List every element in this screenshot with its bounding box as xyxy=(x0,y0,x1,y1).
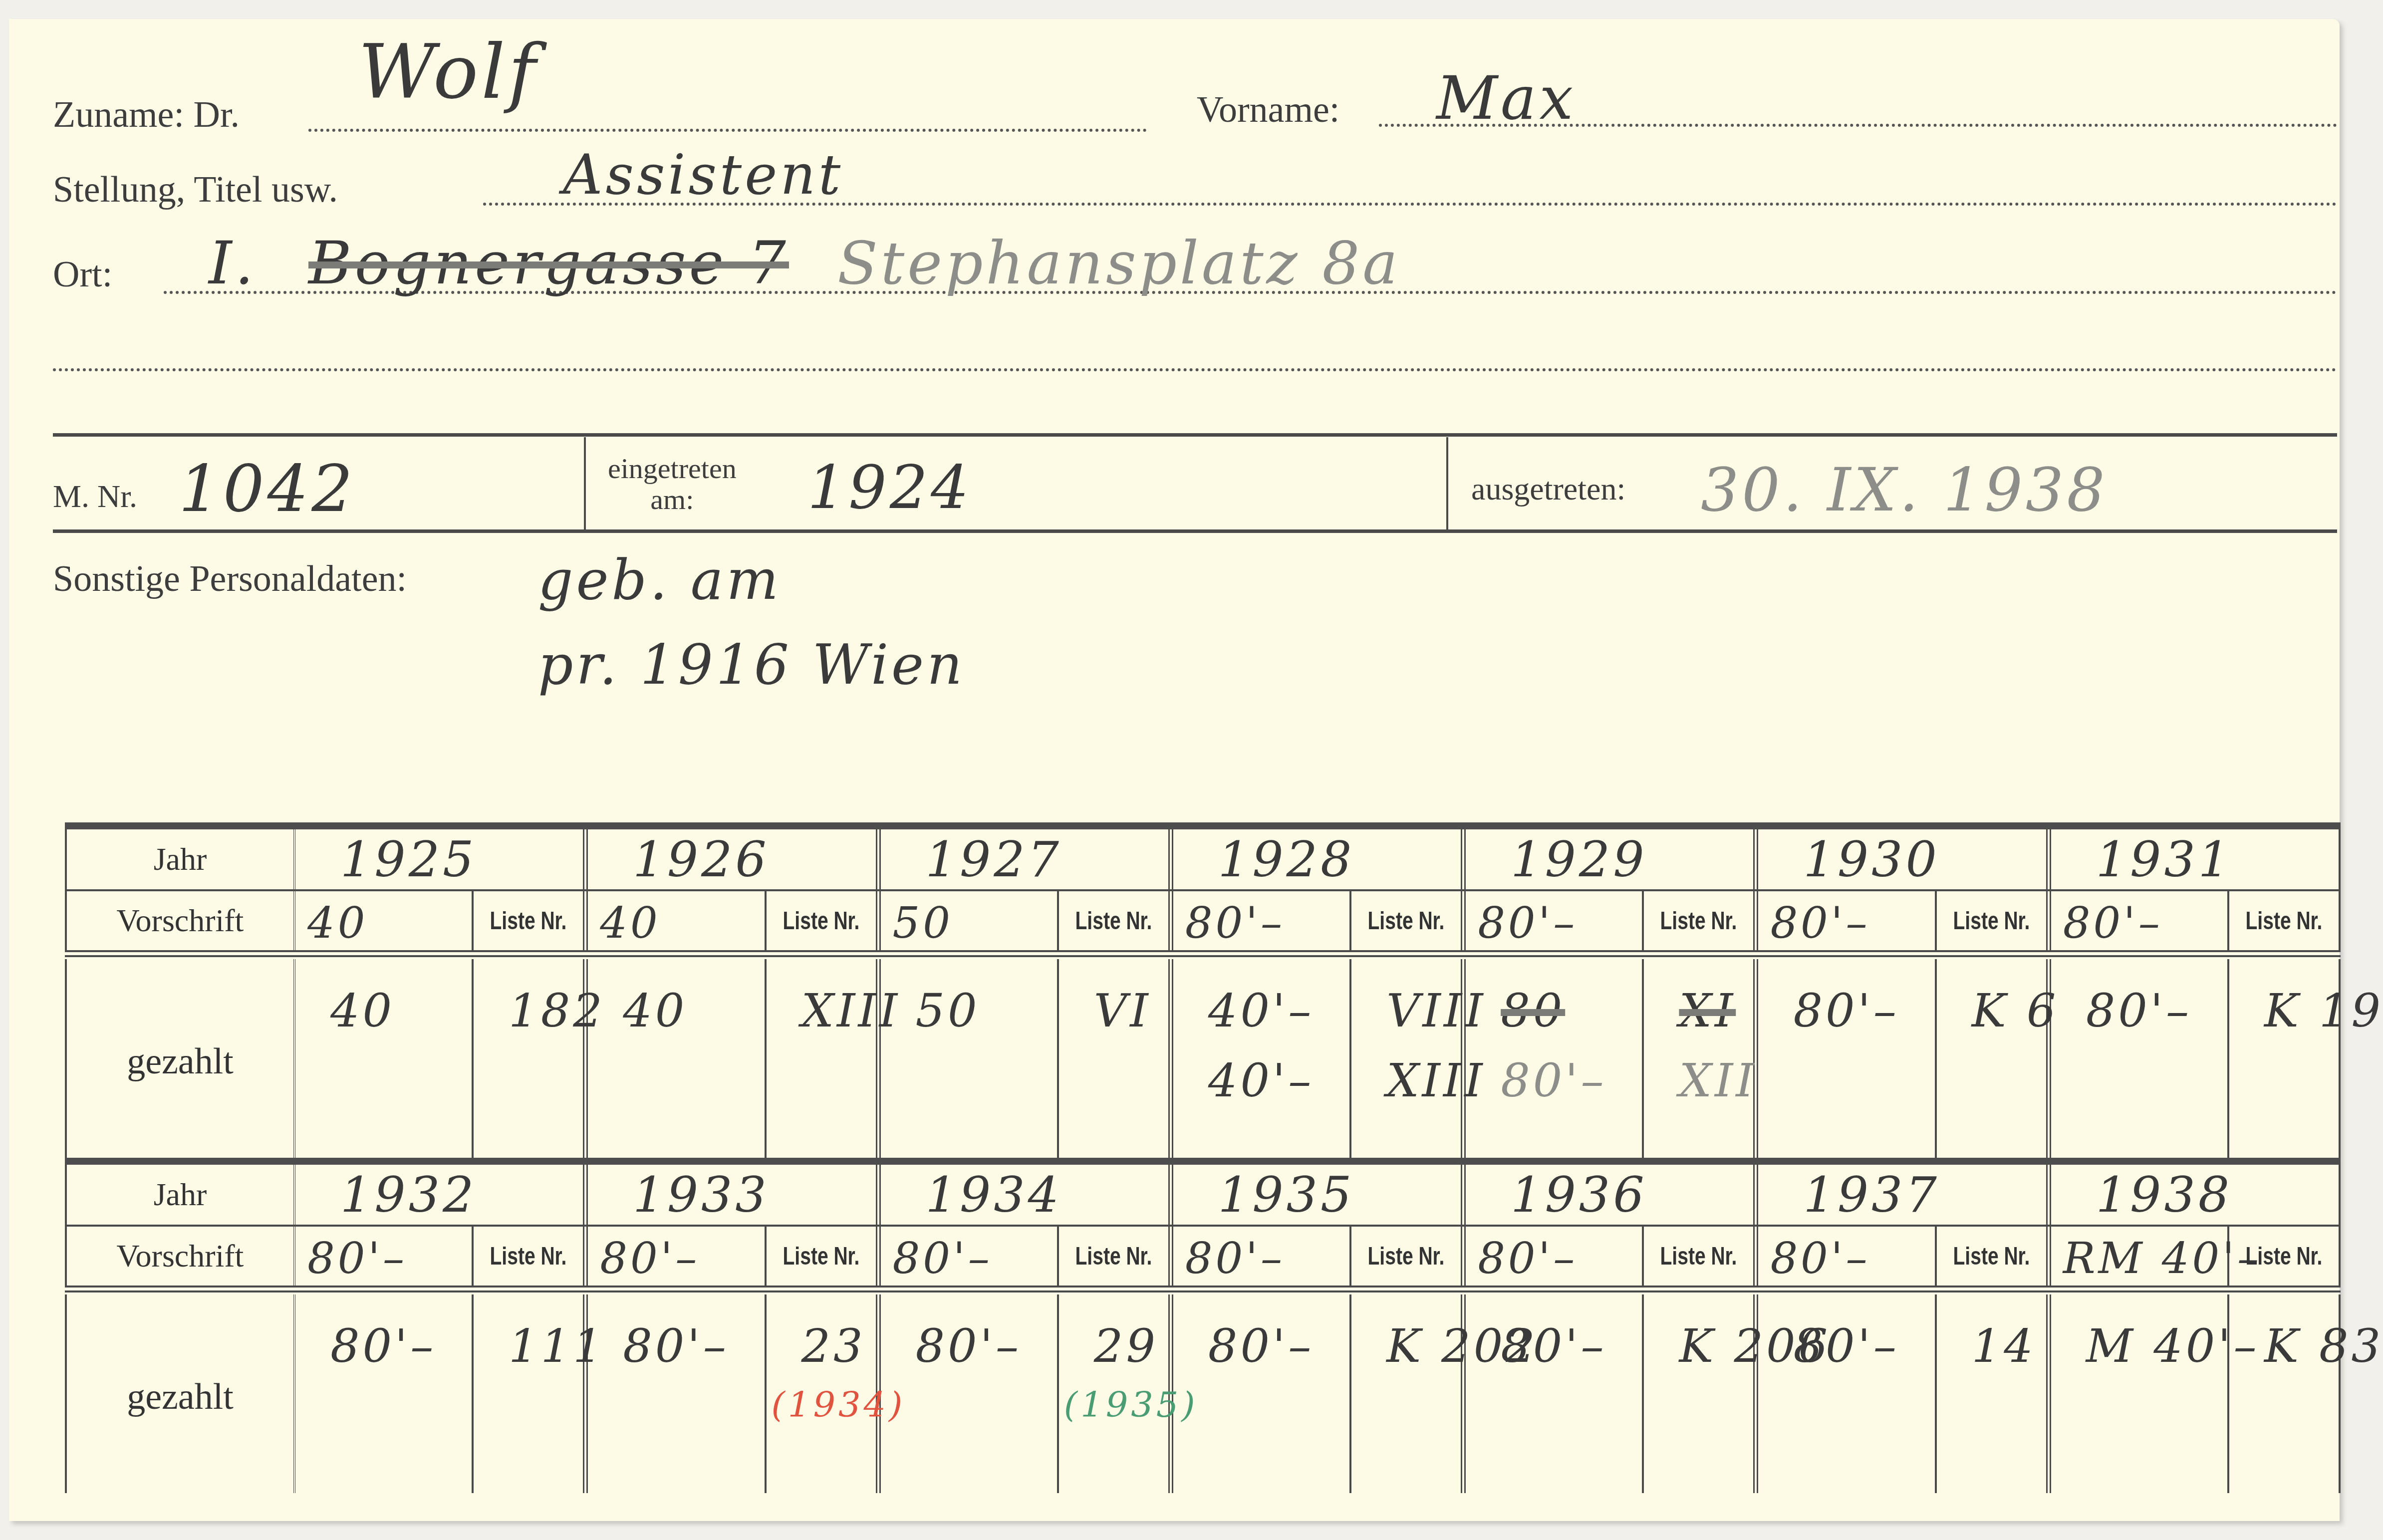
gezahlt-amount-cell: 80'– xyxy=(1758,1294,1936,1493)
gezahlt-amount: 80'– xyxy=(623,1319,729,1373)
vorschrift-cell: 40Liste Nr. xyxy=(588,891,880,950)
gezahlt-amount-cell: 40 xyxy=(295,959,474,1158)
zuname-label: Zuname: Dr. xyxy=(53,94,240,136)
gezahlt-sub: 80'–K 206 xyxy=(1466,1294,1753,1493)
vorschrift-cell: 80'–Liste Nr. xyxy=(1173,891,1466,950)
gezahlt-amount-cell: 40'–40'– xyxy=(1173,959,1351,1158)
gezahlt-cell: 80'–111 xyxy=(295,1294,588,1493)
liste-value-cell: VIIIXIII xyxy=(1351,959,1461,1158)
gezahlt-row: gezahlt4018240XIII50VI40'–40'–VIIIXIII80… xyxy=(65,959,2341,1158)
liste-value-cell: 182 xyxy=(474,959,583,1158)
liste-nr-label: Liste Nr. xyxy=(486,906,571,935)
liste-header-cell: Liste Nr. xyxy=(1937,1227,2046,1285)
vorschrift-amount: 50 xyxy=(893,898,953,948)
vorname-value: Max xyxy=(1436,64,1576,133)
liste-header-cell: Liste Nr. xyxy=(767,1227,876,1285)
liste-header-cell: Liste Nr. xyxy=(1937,891,2046,950)
vorschrift-row: Vorschrift80'–Liste Nr.80'–Liste Nr.80'–… xyxy=(65,1227,2341,1287)
liste-nr-label: Liste Nr. xyxy=(1949,1242,2034,1271)
liste-value-cell: 111 xyxy=(474,1294,583,1493)
gezahlt-sub: 8080'–XIXII xyxy=(1466,959,1753,1158)
gezahlt-amount: 80'– xyxy=(1501,1054,1606,1107)
gezahlt-sub: 40182 xyxy=(295,959,583,1158)
vorschrift-cell: 80'–Liste Nr. xyxy=(1466,891,1758,950)
gezahlt-amount-cell: 40 xyxy=(588,959,766,1158)
vorschrift-amount-cell: 40 xyxy=(295,891,474,950)
gezahlt-amount: 80'– xyxy=(1793,984,1899,1037)
year-value: 1927 xyxy=(926,831,1062,888)
year-value: 1928 xyxy=(1218,831,1354,888)
eingetreten-value: 1924 xyxy=(807,453,972,522)
year-value: 1935 xyxy=(1218,1167,1354,1224)
liste-nr-label: Liste Nr. xyxy=(1363,906,1449,935)
liste-header-cell: Liste Nr. xyxy=(1644,1227,1753,1285)
band-top-rule xyxy=(53,433,2337,437)
vorschrift-sub: 40Liste Nr. xyxy=(295,891,583,950)
liste-value: 29 xyxy=(1094,1319,1158,1373)
gezahlt-sub: 80'–29(1935) xyxy=(881,1294,1168,1493)
vorschrift-amount-cell: 80'– xyxy=(295,1227,474,1285)
year-value: 1938 xyxy=(2096,1167,2232,1224)
vorschrift-sub: 80'–Liste Nr. xyxy=(1466,1227,1753,1285)
vorschrift-amount: 80'– xyxy=(1770,898,1870,948)
liste-nr-label: Liste Nr. xyxy=(2241,1242,2327,1271)
mnr-label: M. Nr. xyxy=(53,478,137,515)
liste-nr-label: Liste Nr. xyxy=(779,1242,864,1271)
vorschrift-amount: 80'– xyxy=(1478,1234,1578,1283)
liste-value-cell: K 199 xyxy=(2229,959,2339,1158)
year-cell: 1938 xyxy=(2051,1165,2341,1225)
gezahlt-sub: 80'–23(1934) xyxy=(588,1294,875,1493)
vorschrift-cell: 50Liste Nr. xyxy=(881,891,1173,950)
vorschrift-sub: 80'–Liste Nr. xyxy=(881,1227,1168,1285)
ort-label: Ort: xyxy=(53,254,112,296)
vorschrift-amount-cell: 80'– xyxy=(1466,891,1644,950)
vorschrift-amount: 80'– xyxy=(1185,1234,1285,1283)
gezahlt-amount: 40'– xyxy=(1208,1054,1314,1107)
vorschrift-sub: 80'–Liste Nr. xyxy=(1173,891,1461,950)
block-top-rule xyxy=(65,822,2341,829)
liste-nr-label: Liste Nr. xyxy=(779,906,864,935)
year-cell: 1936 xyxy=(1466,1165,1758,1225)
year-cell: 1937 xyxy=(1758,1165,2051,1225)
gezahlt-sub: 80'–K 199 xyxy=(2051,959,2339,1158)
ort-struck-address: Bognergasse 7 xyxy=(308,229,789,297)
gezahlt-amount: 40 xyxy=(623,984,687,1037)
gezahlt-amount-cell: 80'– xyxy=(1758,959,1936,1158)
liste-nr-label: Liste Nr. xyxy=(1656,1242,1741,1271)
membership-card: Zuname: Dr. Wolf Vorname: Max Stellung, … xyxy=(9,19,2340,1521)
jahr-row: Jahr1925192619271928192919301931 xyxy=(65,829,2341,891)
liste-value: VI xyxy=(1094,984,1151,1037)
year-value: 1934 xyxy=(926,1167,1062,1224)
year-cell: 1925 xyxy=(295,829,588,889)
mnr-value: 1042 xyxy=(179,451,356,526)
vorschrift-amount: 80'– xyxy=(2063,898,2163,948)
vorschrift-amount: 80'– xyxy=(600,1234,700,1283)
liste-nr-label: Liste Nr. xyxy=(1363,1242,1449,1271)
liste-value-cell: K 206 xyxy=(1644,1294,1753,1493)
liste-value-cell: K 6 xyxy=(1937,959,2046,1158)
vorschrift-cell: 80'–Liste Nr. xyxy=(2051,891,2341,950)
liste-value: K 83 xyxy=(2264,1319,2383,1373)
band-divider-1 xyxy=(584,437,586,529)
gezahlt-sub: 80'–111 xyxy=(295,1294,583,1493)
vorschrift-amount: 80'– xyxy=(893,1234,993,1283)
vorschrift-sub: 80'–Liste Nr. xyxy=(1466,891,1753,950)
gezahlt-amount-cell: 80'– xyxy=(2051,959,2229,1158)
year-value: 1933 xyxy=(633,1167,769,1224)
eingetreten-label: eingetreten am: xyxy=(608,453,737,515)
vorschrift-amount: 40 xyxy=(600,898,660,948)
liste-value: K 199 xyxy=(2264,984,2383,1037)
gezahlt-amount: 80'– xyxy=(1501,1319,1606,1373)
liste-value-cell: K 83 xyxy=(2229,1294,2339,1493)
liste-nr-label: Liste Nr. xyxy=(1071,906,1156,935)
liste-header-cell: Liste Nr. xyxy=(767,891,876,950)
gezahlt-amount: 50 xyxy=(916,984,980,1037)
gezahlt-amount: 80'– xyxy=(330,1319,436,1373)
liste-header-cell: Liste Nr. xyxy=(1351,1227,1461,1285)
liste-value-cell: 23(1934) xyxy=(767,1294,876,1493)
gezahlt-amount-cell: 50 xyxy=(881,959,1059,1158)
liste-value-cell: K 202 xyxy=(1351,1294,1461,1493)
gezahlt-cell: 40182 xyxy=(295,959,588,1158)
liste-header-cell: Liste Nr. xyxy=(1351,891,1461,950)
jahr-label: Jahr xyxy=(65,829,295,889)
vorschrift-amount-cell: 80'– xyxy=(1173,1227,1351,1285)
gezahlt-label: gezahlt xyxy=(65,959,295,1158)
vorschrift-sub: 80'–Liste Nr. xyxy=(2051,891,2339,950)
gezahlt-cell: M 40'–K 83 xyxy=(2051,1294,2341,1493)
gezahlt-cell: 80'–K 6 xyxy=(1758,959,2051,1158)
vorschrift-cell: 80'–Liste Nr. xyxy=(1758,891,2051,950)
liste-header-cell: Liste Nr. xyxy=(474,1227,583,1285)
year-cell: 1929 xyxy=(1466,829,1758,889)
gezahlt-sub: M 40'–K 83 xyxy=(2051,1294,2339,1493)
gezahlt-sub: 80'–K 202 xyxy=(1173,1294,1461,1493)
vorname-label: Vorname: xyxy=(1197,89,1339,131)
vorschrift-amount: 80'– xyxy=(307,1234,407,1283)
gezahlt-cell: 80'–K 206 xyxy=(1466,1294,1758,1493)
gezahlt-struck-amount: 80 xyxy=(1501,984,1565,1037)
table-block: Jahr1932193319341935193619371938Vorschri… xyxy=(65,1158,2341,1493)
payment-table: Jahr1925192619271928192919301931Vorschri… xyxy=(65,822,2341,1493)
year-value: 1930 xyxy=(1803,831,1939,888)
gezahlt-amount: 80'– xyxy=(1208,1319,1314,1373)
liste-value: 23 xyxy=(801,1319,866,1373)
liste-value: 14 xyxy=(1972,1319,2036,1373)
liste-header-cell: Liste Nr. xyxy=(1059,1227,1168,1285)
gezahlt-amount-cell: 80'– xyxy=(1173,1294,1351,1493)
liste-nr-label: Liste Nr. xyxy=(1949,906,2034,935)
gezahlt-amount-cell: 80'– xyxy=(1466,1294,1644,1493)
liste-header-cell: Liste Nr. xyxy=(2229,891,2339,950)
gezahlt-cell: 40'–40'–VIIIXIII xyxy=(1173,959,1466,1158)
vorschrift-amount: 40 xyxy=(307,898,368,948)
vorschrift-amount-cell: RM 40'– xyxy=(2051,1227,2229,1285)
liste-value-cell: VI xyxy=(1059,959,1168,1158)
zuname-value: Wolf xyxy=(358,29,539,116)
gezahlt-sub: 50VI xyxy=(881,959,1168,1158)
vorschrift-cell: RM 40'–Liste Nr. xyxy=(2051,1227,2341,1285)
gezahlt-sub: 80'–K 6 xyxy=(1758,959,2046,1158)
gezahlt-sub: 40'–40'–VIIIXIII xyxy=(1173,959,1461,1158)
gezahlt-amount: 40 xyxy=(330,984,395,1037)
year-value: 1937 xyxy=(1803,1167,1939,1224)
year-value: 1925 xyxy=(340,831,477,888)
vorschrift-cell: 80'–Liste Nr. xyxy=(295,1227,588,1285)
ausgetreten-label: ausgetreten: xyxy=(1471,471,1625,508)
vorschrift-amount-cell: 80'– xyxy=(588,1227,766,1285)
gezahlt-cell: 80'–14 xyxy=(1758,1294,2051,1493)
vorschrift-amount-cell: 80'– xyxy=(1758,1227,1936,1285)
vorschrift-amount: 80'– xyxy=(1185,898,1285,948)
vorschrift-sub: 80'–Liste Nr. xyxy=(1758,1227,2046,1285)
ort-value: Stephansplatz 8a xyxy=(837,229,1401,297)
vorschrift-amount-cell: 80'– xyxy=(1173,891,1351,950)
year-cell: 1933 xyxy=(588,1165,880,1225)
year-cell: 1932 xyxy=(295,1165,588,1225)
vorschrift-amount-cell: 80'– xyxy=(1466,1227,1644,1285)
vorschrift-label: Vorschrift xyxy=(65,891,295,950)
jahr-row: Jahr1932193319341935193619371938 xyxy=(65,1165,2341,1227)
vorschrift-cell: 80'–Liste Nr. xyxy=(1173,1227,1466,1285)
gezahlt-cell: 8080'–XIXII xyxy=(1466,959,1758,1158)
ausgetreten-value: 30. IX. 1938 xyxy=(1701,456,2108,525)
stellung-label: Stellung, Titel usw. xyxy=(53,169,338,211)
gezahlt-cell: 80'–K 199 xyxy=(2051,959,2341,1158)
liste-value-cell: 29(1935) xyxy=(1059,1294,1168,1493)
ort-district: I. xyxy=(209,229,257,297)
vorschrift-amount: 80'– xyxy=(1478,898,1578,948)
table-block: Jahr1925192619271928192919301931Vorschri… xyxy=(65,822,2341,1158)
gezahlt-amount: 80'– xyxy=(916,1319,1022,1373)
liste-nr-label: Liste Nr. xyxy=(1071,1242,1156,1271)
year-cell: 1926 xyxy=(588,829,880,889)
liste-header-cell: Liste Nr. xyxy=(2229,1227,2339,1285)
liste-value: XII xyxy=(1679,1054,1757,1107)
vorschrift-sub: 80'–Liste Nr. xyxy=(295,1227,583,1285)
gezahlt-sub: 80'–14 xyxy=(1758,1294,2046,1493)
liste-header-cell: Liste Nr. xyxy=(474,891,583,950)
gezahlt-amount-cell: 80'– xyxy=(881,1294,1059,1493)
gezahlt-label: gezahlt xyxy=(65,1294,295,1493)
sonstige-line-1: geb. am xyxy=(538,548,782,612)
year-value: 1931 xyxy=(2096,831,2232,888)
vorschrift-sub: RM 40'–Liste Nr. xyxy=(2051,1227,2339,1285)
year-value: 1929 xyxy=(1511,831,1647,888)
liste-header-cell: Liste Nr. xyxy=(1644,891,1753,950)
gezahlt-cell: 80'–K 202 xyxy=(1173,1294,1466,1493)
year-cell: 1934 xyxy=(881,1165,1173,1225)
year-value: 1926 xyxy=(633,831,769,888)
vorschrift-amount-cell: 50 xyxy=(881,891,1059,950)
sonstige-label: Sonstige Personaldaten: xyxy=(53,558,407,600)
year-cell: 1931 xyxy=(2051,829,2341,889)
gezahlt-cell: 80'–23(1934) xyxy=(588,1294,880,1493)
year-cell: 1930 xyxy=(1758,829,2051,889)
gezahlt-amount-cell: 8080'– xyxy=(1466,959,1644,1158)
jahr-label: Jahr xyxy=(65,1165,295,1225)
liste-nr-label: Liste Nr. xyxy=(2241,906,2327,935)
sonstige-line-2: pr. 1916 Wien xyxy=(538,633,965,697)
stellung-value: Assistent xyxy=(563,143,843,207)
zuname-line xyxy=(308,129,1147,132)
liste-header-cell: Liste Nr. xyxy=(1059,891,1168,950)
liste-value-cell: XIII xyxy=(767,959,876,1158)
vorschrift-cell: 80'–Liste Nr. xyxy=(588,1227,880,1285)
liste-value: K 6 xyxy=(1972,984,2059,1037)
liste-value-cell: XIXII xyxy=(1644,959,1753,1158)
vorschrift-sub: 80'–Liste Nr. xyxy=(588,1227,875,1285)
gezahlt-amount-cell: M 40'– xyxy=(2051,1294,2229,1493)
year-cell: 1928 xyxy=(1173,829,1466,889)
vorschrift-amount-cell: 40 xyxy=(588,891,766,950)
gezahlt-cell: 50VI xyxy=(881,959,1173,1158)
vorschrift-cell: 80'–Liste Nr. xyxy=(881,1227,1173,1285)
gezahlt-row: gezahlt80'–11180'–23(1934)80'–29(1935)80… xyxy=(65,1294,2341,1493)
band-bottom-rule xyxy=(53,529,2337,533)
vorschrift-sub: 80'–Liste Nr. xyxy=(1758,891,2046,950)
vorschrift-amount-cell: 80'– xyxy=(881,1227,1059,1285)
vorschrift-cell: 80'–Liste Nr. xyxy=(1466,1227,1758,1285)
gezahlt-amount-cell: 80'– xyxy=(588,1294,766,1493)
gezahlt-amount: 40'– xyxy=(1208,984,1314,1037)
vorschrift-amount: 80'– xyxy=(1770,1234,1870,1283)
year-cell: 1927 xyxy=(881,829,1173,889)
gezahlt-amount: 80'– xyxy=(1793,1319,1899,1373)
vorschrift-amount-cell: 80'– xyxy=(2051,891,2229,950)
liste-nr-label: Liste Nr. xyxy=(1656,906,1741,935)
liste-nr-label: Liste Nr. xyxy=(486,1242,571,1271)
vorschrift-cell: 80'–Liste Nr. xyxy=(1758,1227,2051,1285)
band-divider-2 xyxy=(1446,437,1448,529)
vorschrift-label: Vorschrift xyxy=(65,1227,295,1285)
liste-struck-value: XI xyxy=(1679,984,1736,1037)
year-cell: 1935 xyxy=(1173,1165,1466,1225)
gezahlt-amount: 80'– xyxy=(2086,984,2192,1037)
block-top-rule xyxy=(65,1158,2341,1165)
liste-value-cell: 14 xyxy=(1937,1294,2046,1493)
gezahlt-sub: 40XIII xyxy=(588,959,875,1158)
vorschrift-row: Vorschrift40Liste Nr.40Liste Nr.50Liste … xyxy=(65,891,2341,952)
year-value: 1932 xyxy=(340,1167,477,1224)
gezahlt-amount-cell: 80'– xyxy=(295,1294,474,1493)
vorschrift-cell: 40Liste Nr. xyxy=(295,891,588,950)
gezahlt-cell: 40XIII xyxy=(588,959,880,1158)
vorschrift-sub: 50Liste Nr. xyxy=(881,891,1168,950)
vorschrift-sub: 40Liste Nr. xyxy=(588,891,875,950)
blank-line xyxy=(53,368,2337,371)
vorschrift-amount-cell: 80'– xyxy=(1758,891,1936,950)
year-value: 1936 xyxy=(1511,1167,1647,1224)
gezahlt-cell: 80'–29(1935) xyxy=(881,1294,1173,1493)
vorschrift-sub: 80'–Liste Nr. xyxy=(1173,1227,1461,1285)
